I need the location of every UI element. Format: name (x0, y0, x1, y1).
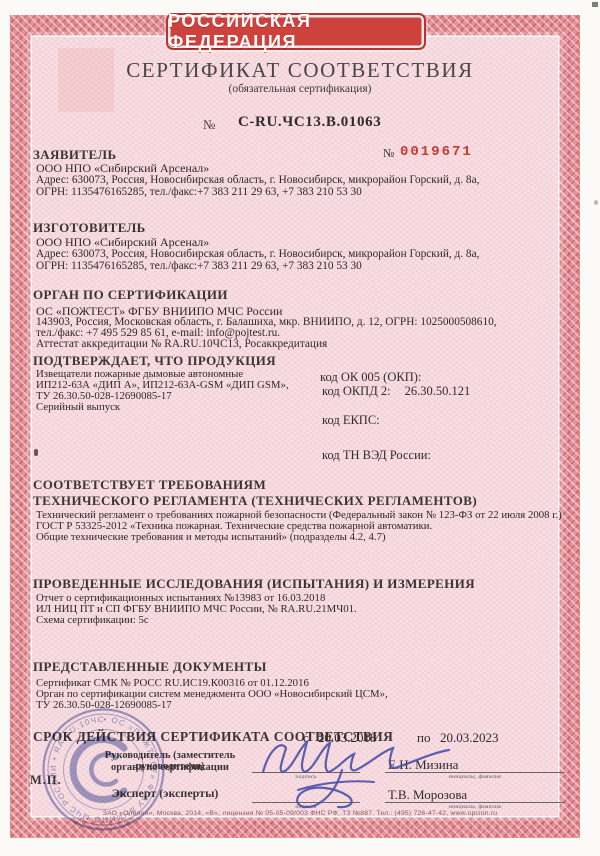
certificate-number: C-RU.ЧС13.В.01063 (238, 114, 381, 131)
blank-number-sign: № (383, 146, 394, 161)
code-row-tnved: код ТН ВЭД России: (322, 448, 445, 463)
code-ekps-label: код ЕКПС: (322, 413, 380, 428)
certificate-title: СЕРТИФИКАТ СООТВЕТСТВИЯ (30, 58, 570, 83)
manufacturer-address: Адрес: 630073, Россия, Новосибирская обл… (36, 248, 479, 260)
head-name-caption: инициалы, фамилия (385, 774, 565, 780)
head-signature-line (252, 772, 360, 773)
head-name-line (385, 772, 565, 773)
heading-product: ПОДТВЕРЖДАЕТ, ЧТО ПРОДУКЦИЯ (33, 353, 276, 369)
heading-certification-body: ОРГАН ПО СЕРТИФИКАЦИИ (33, 287, 228, 303)
stamp-ring-text: • ОС «ПОЖТЕСТ» ФГБУ ВНИИПО МЧС РОССИИ • … (40, 706, 158, 824)
edge-dot (594, 200, 598, 205)
expert-signature-line (252, 802, 360, 803)
blank-number: 0019671 (400, 144, 473, 160)
validity-from-date: 20.03.2018 (318, 730, 377, 746)
validity-from-label: с (303, 730, 309, 746)
product-line: Серийный выпуск (36, 401, 120, 413)
heading-documents: ПРЕДСТАВЛЕННЫЕ ДОКУМЕНТЫ (33, 659, 267, 675)
head-signature-caption: подпись (252, 774, 360, 780)
heading-manufacturer: ИЗГОТОВИТЕЛЬ (33, 220, 146, 236)
validity-to-date: 20.03.2023 (440, 730, 499, 746)
svg-text:• ОС «ПОЖТЕСТ» ФГБУ ВНИИПО МЧС: • ОС «ПОЖТЕСТ» ФГБУ ВНИИПО МЧС РОССИИ • … (40, 706, 158, 824)
manufacturer-ogrn: ОГРН: 1135476165285, тел./факс:+7 383 21… (36, 260, 362, 272)
heading-technical-regulations: ТЕХНИЧЕСКОГО РЕГЛАМЕНТА (ТЕХНИЧЕСКИХ РЕГ… (33, 493, 477, 509)
code-okp-label: код ОК 005 (ОКП): (320, 370, 421, 385)
head-signer-name: Е.Н. Мизина (388, 757, 458, 773)
applicant-address: Адрес: 630073, Россия, Новосибирская обл… (36, 174, 479, 186)
certbody-accreditation: Аттестат аккредитации № RA.RU.10ЧС13, Ро… (36, 338, 327, 350)
print-house-imprint: ЗАО «Опцион», Москва, 2014, «В», лицензи… (40, 810, 560, 817)
code-okpd2-value: 26.30.50.121 (405, 384, 471, 399)
expert-name-line (385, 802, 565, 803)
expert-signer-name: Т.В. Морозова (388, 787, 467, 803)
applicant-ogrn: ОГРН: 1135476165285, тел./факс:+7 383 21… (36, 186, 362, 198)
code-row-okpd2: код ОКПД 2: 26.30.50.121 (322, 384, 470, 399)
code-okpd2-label: код ОКПД 2: (322, 384, 391, 399)
tests-line: Схема сертификации: 5с (36, 614, 149, 626)
code-tnved-label: код ТН ВЭД России: (322, 448, 431, 463)
country-banner: РОССИЙСКАЯ ФЕДЕРАЦИЯ (166, 13, 426, 50)
compliance-line: Общие технические требования и методы ис… (36, 531, 386, 543)
validity-to-label: по (417, 730, 430, 746)
certificate-number-sign: № (203, 117, 215, 133)
corner-mark (592, 2, 598, 7)
code-row-ekps: код ЕКПС: (322, 413, 394, 428)
ink-speck (34, 449, 38, 456)
heading-complies: СООТВЕТСТВУЕТ ТРЕБОВАНИЯМ (33, 477, 266, 493)
heading-tests: ПРОВЕДЕННЫЕ ИССЛЕДОВАНИЯ (ИСПЫТАНИЯ) И И… (33, 576, 475, 592)
code-row-okp: код ОК 005 (ОКП): (320, 370, 435, 385)
certificate-subtitle: (обязательная сертификация) (30, 83, 570, 95)
